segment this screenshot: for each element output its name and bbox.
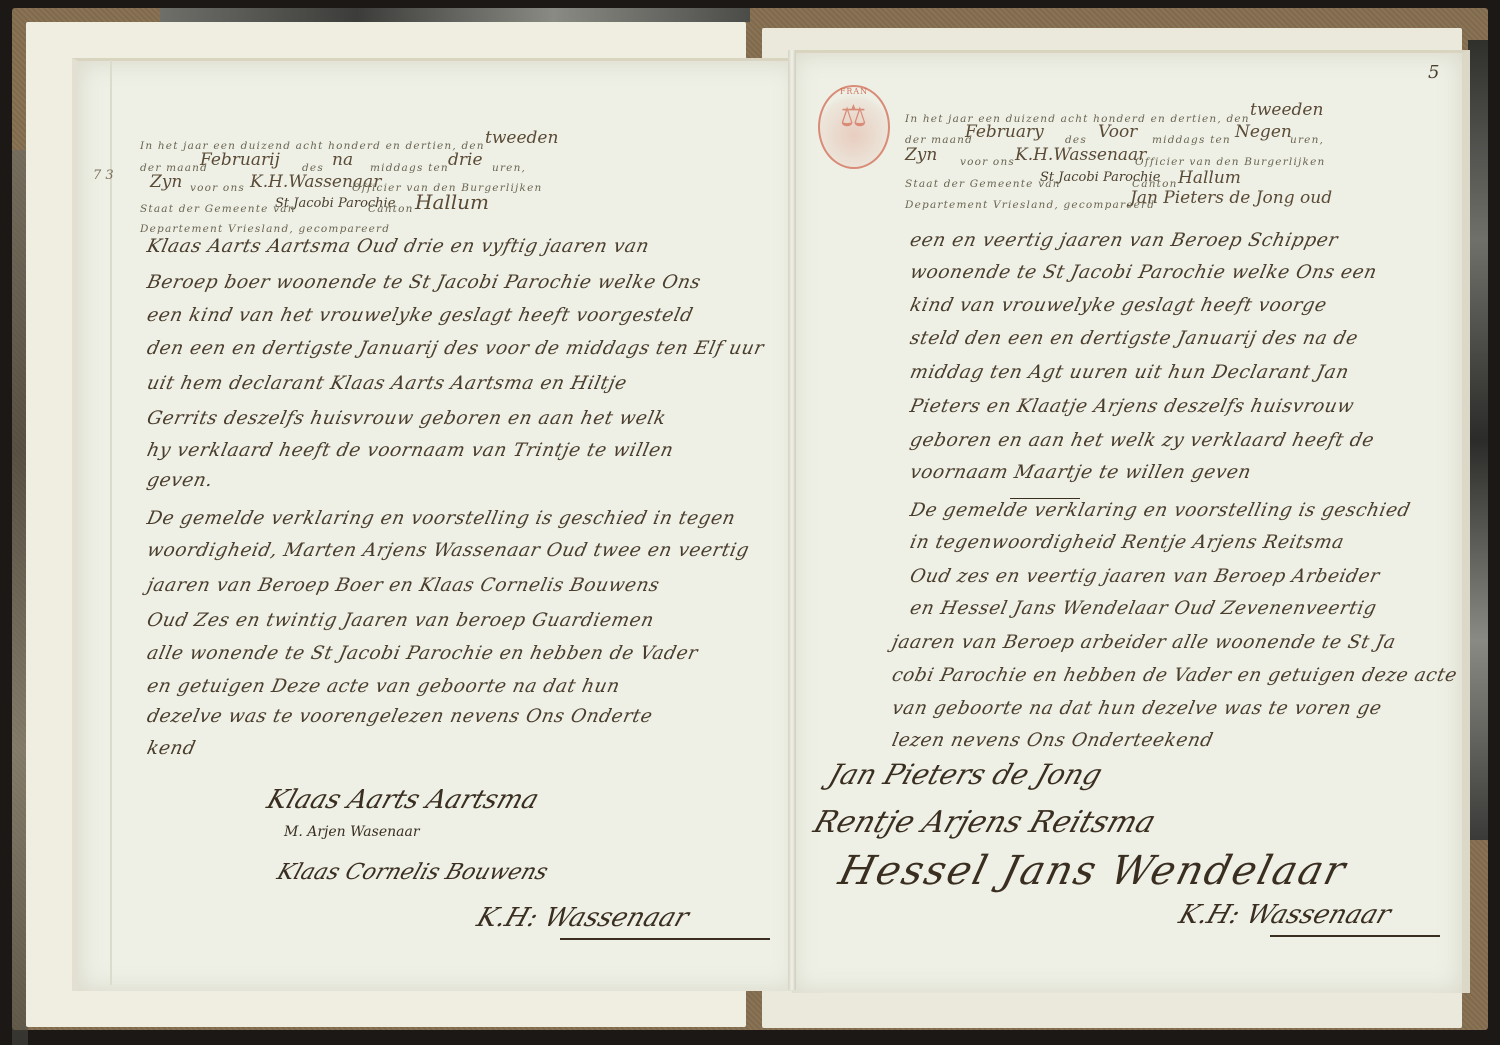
signature-officer: K.H: Wassenaar <box>1175 900 1394 930</box>
printed-line-1: In het jaar een duizend acht honderd en … <box>140 140 485 152</box>
printed-uren: uren, <box>1290 134 1324 146</box>
body-line: en getuigen Deze acte van geboorte na da… <box>145 676 622 697</box>
filled-hour: drie <box>448 150 483 170</box>
printed-middags: middags ten <box>370 162 449 174</box>
body-line: kind van vrouwelyke geslagt heeft voorge <box>908 295 1329 316</box>
signature-father: Jan Pieters de Jong <box>825 758 1107 791</box>
name-underline <box>1010 498 1080 499</box>
body-line: woordigheid, Marten Arjens Wassenaar Oud… <box>145 540 751 561</box>
margin-mark: 7 3 <box>93 168 114 183</box>
filled-canton: Hallum <box>415 190 489 214</box>
filled-day: tweeden <box>485 128 558 148</box>
folio-number: 5 <box>1428 62 1439 83</box>
signature-flourish <box>1270 935 1440 937</box>
body-line: uit hem declarant Klaas Aarts Aartsma en… <box>145 373 629 394</box>
filled-month: Februarij <box>200 150 280 170</box>
body-line: lezen nevens Ons Onderteekend <box>890 730 1215 751</box>
signature-witness-1: Rentje Arjens Reitsma <box>809 805 1160 840</box>
printed-staat: Staat der Gemeente van <box>905 178 1061 190</box>
body-line: De gemelde verklaring en voorstelling is… <box>145 508 737 529</box>
body-line: woonende te St Jacobi Parochie welke Ons… <box>908 262 1379 283</box>
signature-witness-2: Hessel Jans Wendelaar <box>834 848 1351 894</box>
body-line: Beroep boer woonende te St Jacobi Paroch… <box>145 272 703 293</box>
seal-figure-icon: ⚖ <box>840 102 868 132</box>
body-line: een en veertig jaaren van Beroep Schippe… <box>908 230 1340 251</box>
body-line: De gemelde verklaring en voorstelling is… <box>908 500 1412 521</box>
body-line: Klaas Aarts Aartsma Oud drie en vyftig j… <box>145 236 651 257</box>
marbled-board-right <box>1468 40 1488 840</box>
signature-flourish <box>560 938 770 940</box>
body-line: Oud zes en veertig jaaren van Beroep Arb… <box>908 566 1382 587</box>
body-line: en Hessel Jans Wendelaar Oud Zevenenveer… <box>908 598 1379 619</box>
body-line: dezelve was te voorengelezen nevens Ons … <box>145 706 655 727</box>
body-line: geboren en aan het welk zy verklaard hee… <box>908 430 1376 451</box>
filled-hour: Negen <box>1235 122 1292 142</box>
filled-officer: K.H.Wassenaar <box>1015 145 1146 165</box>
body-line: Gerrits deszelfs huisvrouw geboren en aa… <box>145 408 668 429</box>
signature-witness-2: Klaas Cornelis Bouwens <box>274 860 551 885</box>
printed-uren: uren, <box>492 162 526 174</box>
body-line: in tegenwoordigheid Rentje Arjens Reitsm… <box>908 532 1346 553</box>
printed-staat: Staat der Gemeente van <box>140 203 296 215</box>
stamp-text: FRAN <box>840 87 868 96</box>
book-gutter <box>788 50 796 990</box>
filled-comparant: Jan Pieters de Jong oud <box>1130 188 1332 208</box>
signature-officer: K.H: Wassenaar <box>473 903 692 933</box>
filled-canton: Hallum <box>1178 168 1241 188</box>
filled-time-of-day: na <box>332 150 353 170</box>
filled-zyn: Zyn <box>905 145 937 165</box>
body-line: cobi Parochie en hebben de Vader en getu… <box>890 665 1459 686</box>
body-line: geven. <box>145 470 215 491</box>
body-line: een kind van het vrouwelyke geslagt heef… <box>145 305 695 326</box>
seal-stamp: FRAN ⚖ <box>818 85 890 169</box>
filled-time-of-day: Voor <box>1098 122 1137 142</box>
body-line: jaaren van Beroep arbeider alle woonende… <box>890 632 1398 653</box>
body-line: jaaren van Beroep Boer en Klaas Cornelis… <box>145 575 661 596</box>
body-line: Pieters en Klaatje Arjens deszelfs huisv… <box>908 396 1356 417</box>
body-line: Oud Zes en twintig Jaaren van beroep Gua… <box>145 610 656 631</box>
printed-line-1: In het jaar een duizend acht honderd en … <box>905 113 1250 125</box>
body-line: hy verklaard heeft de voornaam van Trint… <box>145 440 676 461</box>
printed-departement: Departement Vriesland, gecompareerd <box>140 223 390 235</box>
filled-day: tweeden <box>1250 100 1323 120</box>
body-line: kend <box>145 738 198 759</box>
body-line: den een en dertigste Januarij des voor d… <box>145 338 766 359</box>
page-fold <box>110 60 112 985</box>
filled-zyn: Zyn <box>150 172 182 192</box>
signature-witness-1: M. Arjen Wasenaar <box>284 824 420 840</box>
printed-departement: Departement Vriesland, gecompareerd <box>905 199 1155 211</box>
body-line: van geboorte na dat hun dezelve was te v… <box>890 698 1384 719</box>
filled-month: February <box>965 122 1044 142</box>
printed-canton: Canton <box>368 203 414 215</box>
signature-father: Klaas Aarts Aartsma <box>263 785 543 815</box>
marbled-board-top <box>160 8 750 22</box>
body-line: steld den een en dertigste Januarij des … <box>908 328 1360 349</box>
body-line: middag ten Agt uuren uit hun Declarant J… <box>908 362 1351 383</box>
printed-middags: middags ten <box>1152 134 1231 146</box>
printed-voor-ons: voor ons <box>960 156 1015 168</box>
printed-voor-ons: voor ons <box>190 182 245 194</box>
body-line: alle wonende te St Jacobi Parochie en he… <box>145 643 700 664</box>
printed-officier: Officier van den Burgerlijken <box>1135 156 1325 168</box>
body-line: voornaam Maartje te willen geven <box>908 462 1253 483</box>
